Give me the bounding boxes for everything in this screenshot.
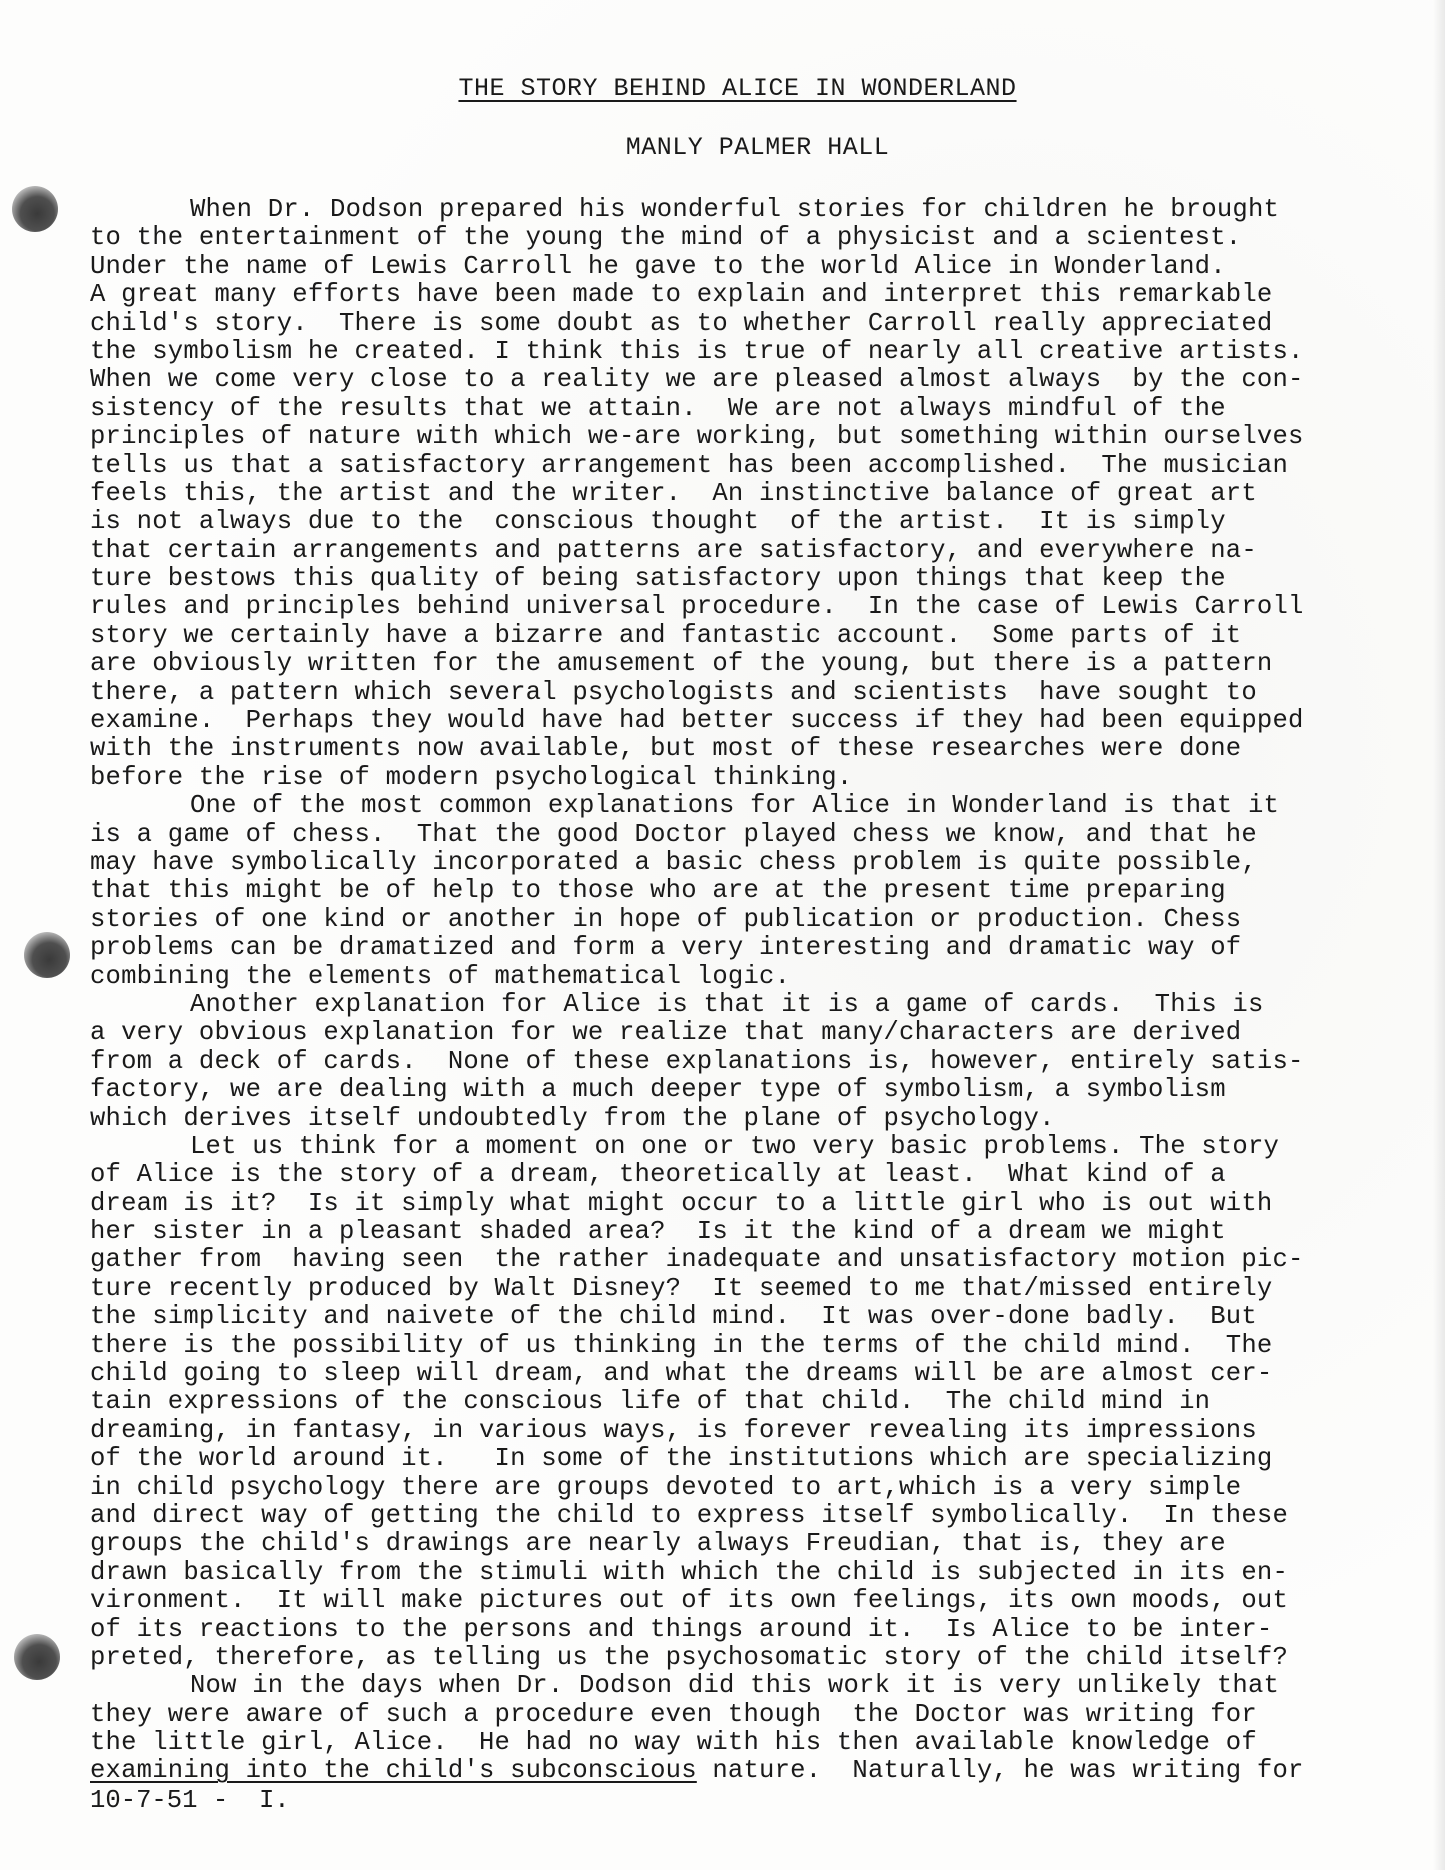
text-line: story we certainly have a bizarre and fa… (90, 622, 1435, 650)
text-line: ture bestows this quality of being satis… (90, 565, 1435, 593)
document-author: MANLY PALMER HALL (0, 133, 1445, 162)
document-body: When Dr. Dodson prepared his wonderful s… (90, 196, 1435, 1786)
text-line: there is the possibility of us thinking … (90, 1332, 1435, 1360)
text-line: may have symbolically incorporated a bas… (90, 849, 1435, 877)
text-line: dreaming, in fantasy, in various ways, i… (90, 1417, 1435, 1445)
text-line: sistency of the results that we attain. … (90, 395, 1435, 423)
text-line: they were aware of such a procedure even… (90, 1701, 1435, 1729)
text-line: drawn basically from the stimuli with wh… (90, 1559, 1435, 1587)
text-line: feels this, the artist and the writer. A… (90, 480, 1435, 508)
punch-hole-icon (24, 932, 70, 978)
line-remainder: nature. Naturally, he was writing for (697, 1756, 1304, 1785)
text-line: the little girl, Alice. He had no way wi… (90, 1729, 1435, 1757)
text-line: that certain arrangements and patterns a… (90, 537, 1435, 565)
text-line: stories of one kind or another in hope o… (90, 906, 1435, 934)
text-line: is a game of chess. That the good Doctor… (90, 821, 1435, 849)
text-line: child going to sleep will dream, and wha… (90, 1360, 1435, 1388)
text-line: ture recently produced by Walt Disney? I… (90, 1275, 1435, 1303)
text-line: When Dr. Dodson prepared his wonderful s… (90, 196, 1435, 224)
text-line: of Alice is the story of a dream, theore… (90, 1161, 1435, 1189)
text-line: principles of nature with which we-are w… (90, 423, 1435, 451)
text-line: gather from having seen the rather inade… (90, 1246, 1435, 1274)
document-page: THE STORY BEHIND ALICE IN WONDERLAND MAN… (0, 0, 1445, 1870)
text-line: groups the child's drawings are nearly a… (90, 1530, 1435, 1558)
text-line: the symbolism he created. I think this i… (90, 338, 1435, 366)
text-line: vironment. It will make pictures out of … (90, 1587, 1435, 1615)
text-line: When we come very close to a reality we … (90, 366, 1435, 394)
text-line: dream is it? Is it simply what might occ… (90, 1190, 1435, 1218)
text-line: combining the elements of mathematical l… (90, 963, 1435, 991)
text-line: of its reactions to the persons and thin… (90, 1616, 1435, 1644)
text-line: Under the name of Lewis Carroll he gave … (90, 253, 1435, 281)
text-line: from a deck of cards. None of these expl… (90, 1048, 1435, 1076)
underlined-phrase: examining into the child's subconscious (90, 1756, 697, 1785)
text-line: One of the most common explanations for … (90, 792, 1435, 820)
text-line: examine. Perhaps they would have had bet… (90, 707, 1435, 735)
text-line: of the world around it. In some of the i… (90, 1445, 1435, 1473)
text-line: preted, therefore, as telling us the psy… (90, 1644, 1435, 1672)
text-line: to the entertainment of the young the mi… (90, 224, 1435, 252)
text-line-last: examining into the child's subconscious … (90, 1757, 1435, 1785)
punch-hole-icon (12, 186, 58, 232)
text-line: are obviously written for the amusement … (90, 650, 1435, 678)
text-line: there, a pattern which several psycholog… (90, 679, 1435, 707)
text-line: factory, we are dealing with a much deep… (90, 1076, 1435, 1104)
text-line: Now in the days when Dr. Dodson did this… (90, 1672, 1435, 1700)
text-line: A great many efforts have been made to e… (90, 281, 1435, 309)
text-line: problems can be dramatized and form a ve… (90, 934, 1435, 962)
text-line: is not always due to the conscious thoug… (90, 508, 1435, 536)
text-line: Let us think for a moment on one or two … (90, 1133, 1435, 1161)
text-line: that this might be of help to those who … (90, 877, 1435, 905)
text-line: Another explanation for Alice is that it… (90, 991, 1435, 1019)
text-line: tells us that a satisfactory arrangement… (90, 452, 1435, 480)
text-line: the simplicity and naivete of the child … (90, 1303, 1435, 1331)
text-line: rules and principles behind universal pr… (90, 593, 1435, 621)
text-line: a very obvious explanation for we realiz… (90, 1019, 1435, 1047)
text-line: which derives itself undoubtedly from th… (90, 1105, 1435, 1133)
document-title: THE STORY BEHIND ALICE IN WONDERLAND (0, 74, 1445, 103)
text-line: before the rise of modern psychological … (90, 764, 1435, 792)
text-line: tain expressions of the conscious life o… (90, 1388, 1435, 1416)
text-line: in child psychology there are groups dev… (90, 1474, 1435, 1502)
punch-hole-icon (14, 1634, 60, 1680)
text-line: her sister in a pleasant shaded area? Is… (90, 1218, 1435, 1246)
footer-date: 10-7-51 - I. (90, 1786, 290, 1815)
text-line: with the instruments now available, but … (90, 735, 1435, 763)
text-line: child's story. There is some doubt as to… (90, 310, 1435, 338)
text-line: and direct way of getting the child to e… (90, 1502, 1435, 1530)
